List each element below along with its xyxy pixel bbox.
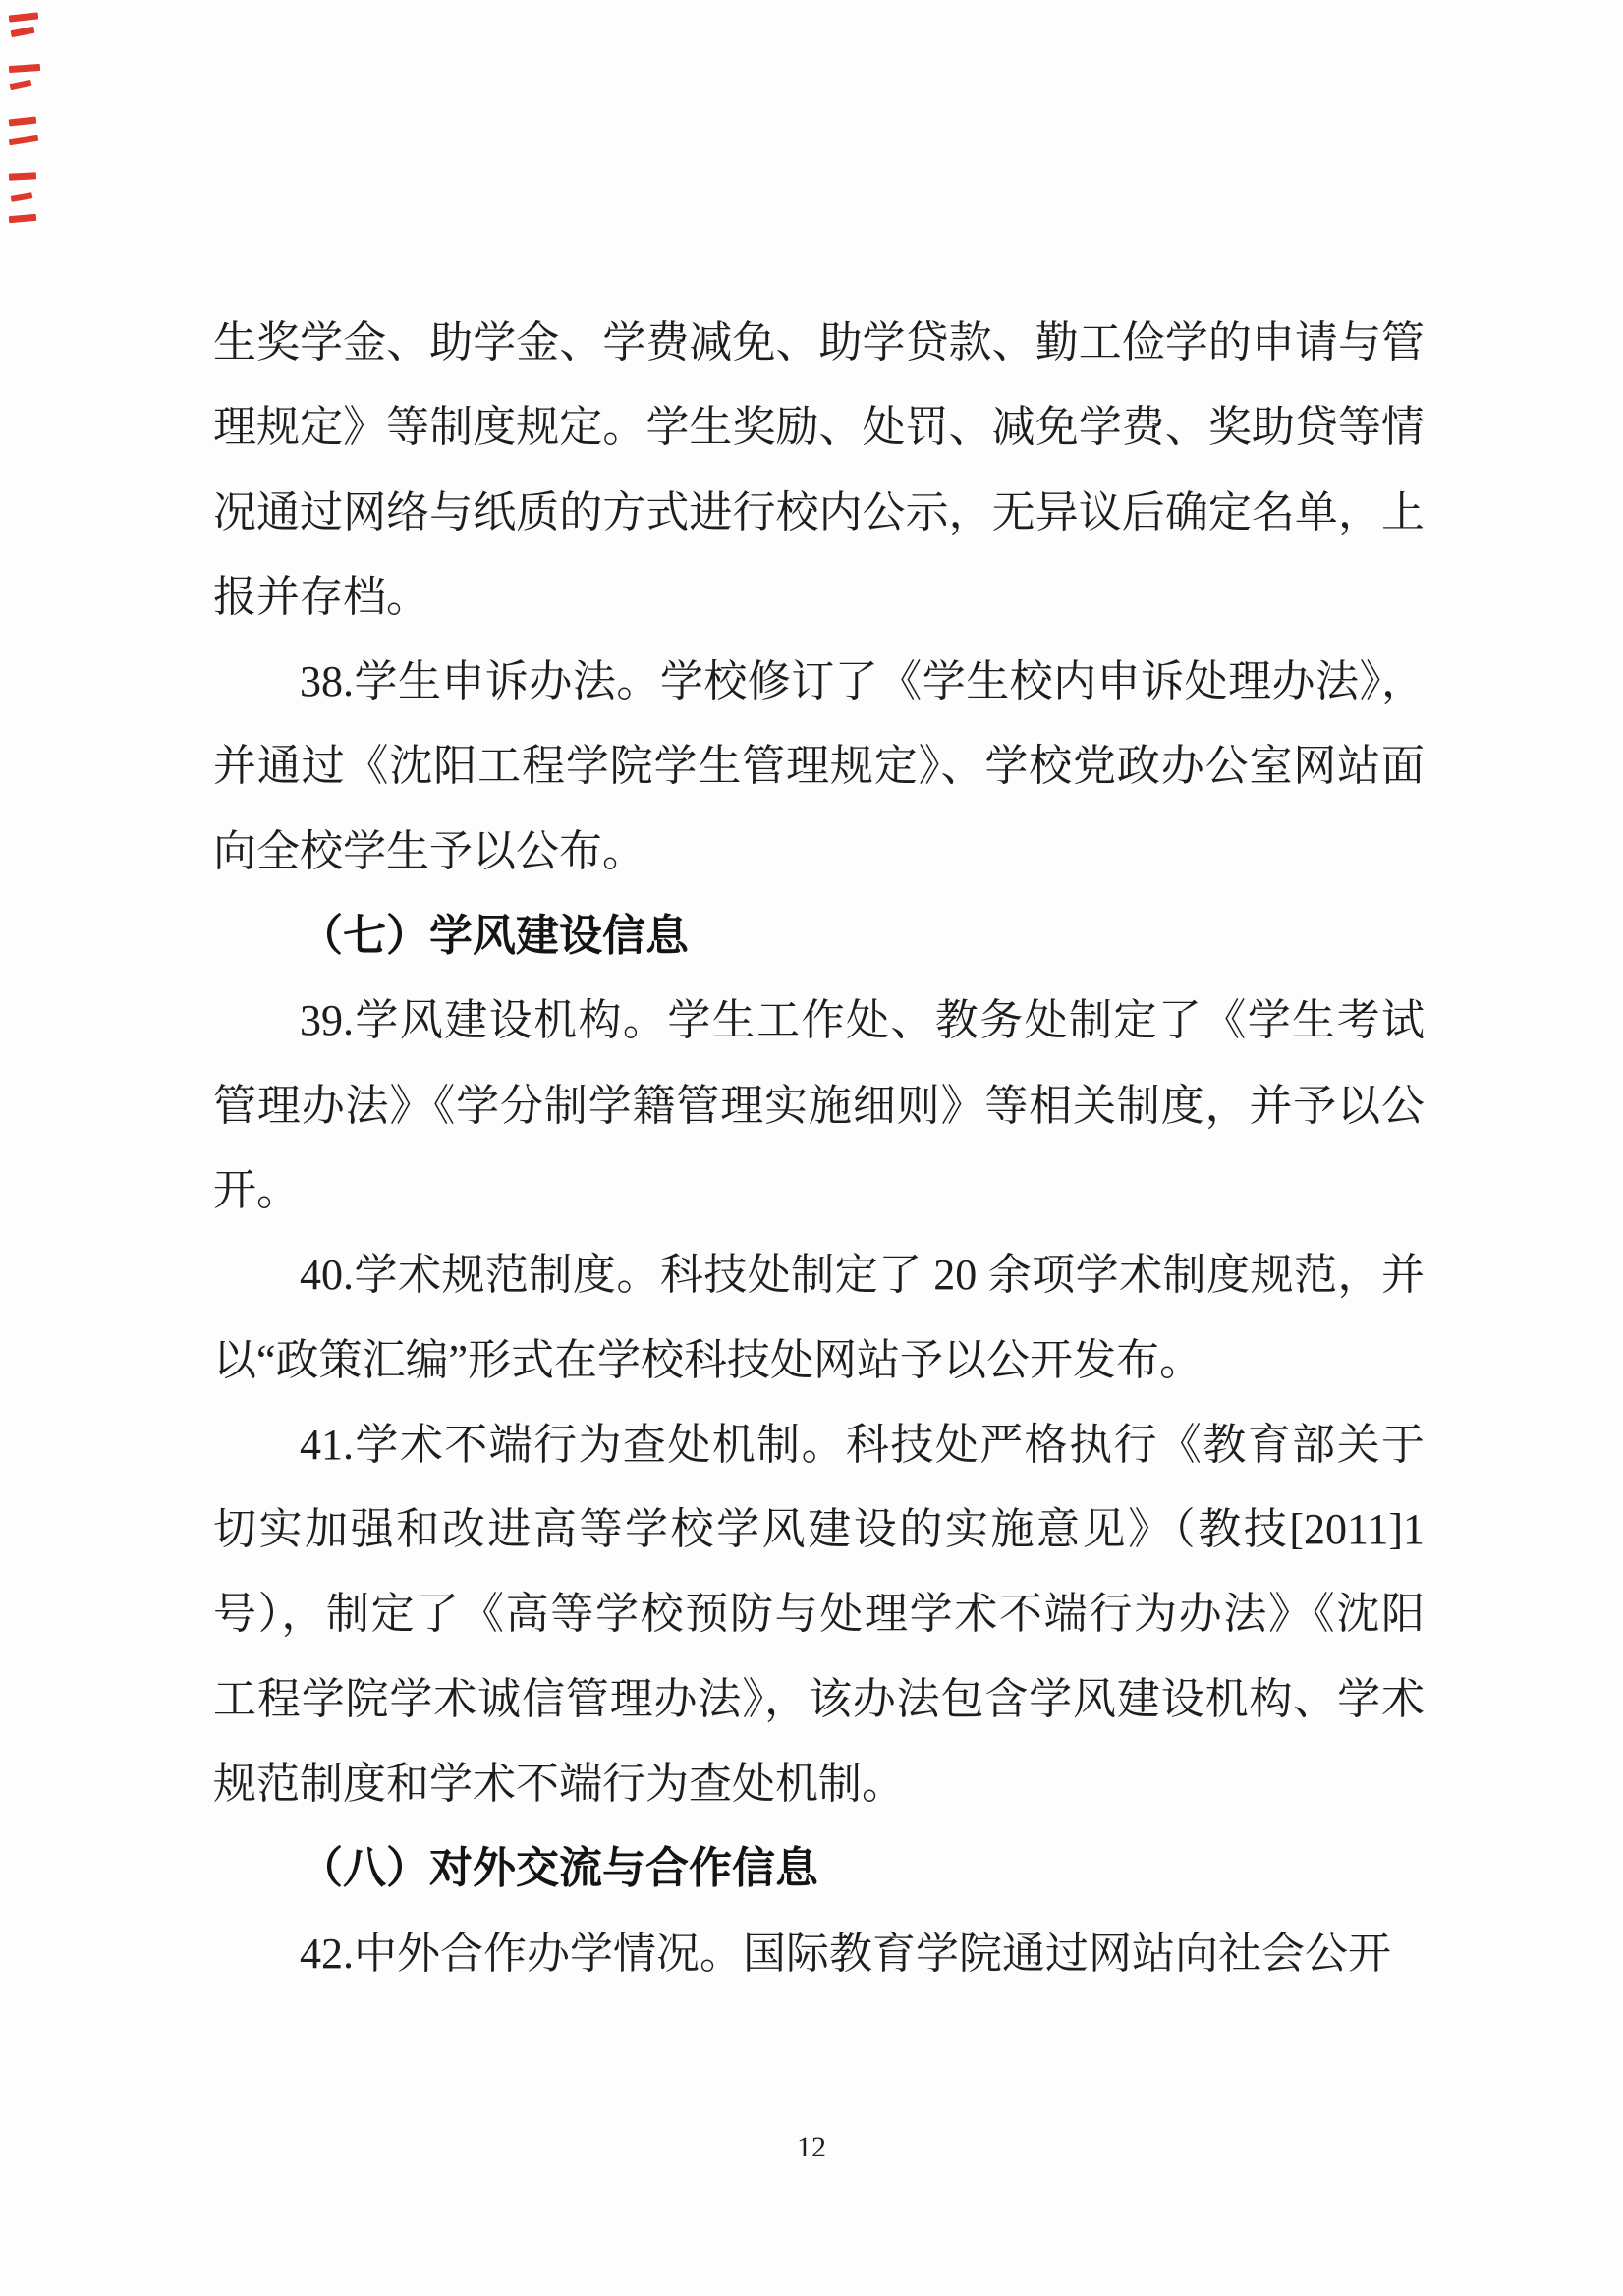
red-stroke [11,27,35,37]
red-stroke [9,117,37,127]
red-stroke [9,172,36,180]
text-line: 并通过《沈阳工程学院学生管理规定》、学校党政办公室网站面 [213,724,1425,809]
text-line: 号），制定了《高等学校预防与处理学术不端行为办法》《沈阳 [213,1572,1425,1656]
document-body: 生奖学金、助学金、学费减免、助学贷款、勤工俭学的申请与管 理规定》等制度规定。学… [213,301,1425,1996]
text-line: 理规定》等制度规定。学生奖励、处罚、减免学费、奖助贷等情 [213,385,1425,470]
text-line: 向全校学生予以公布。 [213,810,1425,894]
text-line: 38.学生申诉办法。学校修订了《学生校内申诉处理办法》， [213,640,1425,724]
text-line: 规范制度和学术不端行为查处机制。 [213,1742,1425,1826]
section-heading-7: （七）学风建设信息 [213,894,1425,979]
section-heading-8: （八）对外交流与合作信息 [213,1826,1425,1911]
text-line: 开。 [213,1148,1425,1233]
text-line: 管理办法》《学分制学籍管理实施细则》等相关制度，并予以公 [213,1064,1425,1148]
red-stroke [9,64,40,73]
text-line: 42.中外合作办学情况。国际教育学院通过网站向社会公开 [213,1912,1425,1996]
red-stroke [9,12,39,22]
text-line: 工程学院学术诚信管理办法》，该办法包含学风建设机构、学术 [213,1657,1425,1742]
red-stroke [10,80,32,90]
text-line: 况通过网络与纸质的方式进行校内公示，无异议后确定名单，上 [213,471,1425,555]
text-line: 41.学术不端行为查处机制。科技处严格执行《教育部关于 [213,1403,1425,1487]
page-number: 12 [0,2132,1623,2163]
text-line: 报并存档。 [213,555,1425,640]
text-line: 39.学风建设机构。学生工作处、教务处制定了《学生考试 [213,979,1425,1063]
red-edge-marks [0,0,59,246]
text-line: 40.学术规范制度。科技处制定了 20 余项学术制度规范，并 [213,1233,1425,1317]
text-line: 切实加强和改进高等学校学风建设的实施意见》（教技[2011]1 [213,1487,1425,1572]
red-stroke [9,214,37,223]
text-line: 以“政策汇编”形式在学校科技处网站予以公开发布。 [213,1318,1425,1403]
red-stroke [9,135,39,146]
red-stroke [11,192,33,202]
text-line: 生奖学金、助学金、学费减免、助学贷款、勤工俭学的申请与管 [213,301,1425,385]
